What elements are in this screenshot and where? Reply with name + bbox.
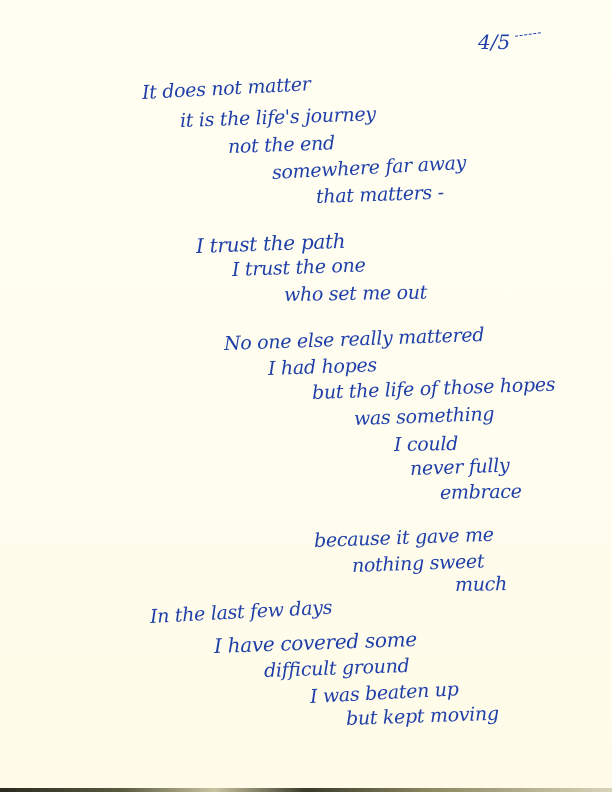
poem-line: I have covered some [214,627,418,658]
poem-line: somewhere far away [271,152,466,184]
poem-line: that matters - [316,182,445,208]
poem-line: but kept moving [346,703,500,730]
poem-line: In the last few days [149,596,332,628]
page-number: 4/5 [478,30,510,54]
poem-line: I trust the path [196,229,346,258]
poem-line: It does not matter [141,73,311,104]
poem-line: never fully [410,455,510,480]
poem-line: I could [394,433,458,456]
poem-line: but the life of those hopes [312,374,556,404]
poem-line: much [455,573,507,596]
poem-line: No one else really mattered [224,324,485,355]
poem-line: not the end [228,132,336,158]
poem-line: I had hopes [268,354,378,380]
page-number-underline [515,32,541,38]
poem-line: embrace [440,481,522,504]
poem-line: difficult ground [264,655,410,682]
manuscript-page: 4/5 It does not matter it is the life's … [0,0,612,788]
scan-bottom-edge [0,788,612,792]
poem-line: I was beaten up [309,678,459,708]
poem-line: who set me out [284,282,427,306]
poem-line: it is the life's journey [180,103,377,132]
poem-line: I trust the one [232,254,366,281]
poem-line: because it gave me [314,524,494,552]
poem-line: was something [354,403,495,430]
